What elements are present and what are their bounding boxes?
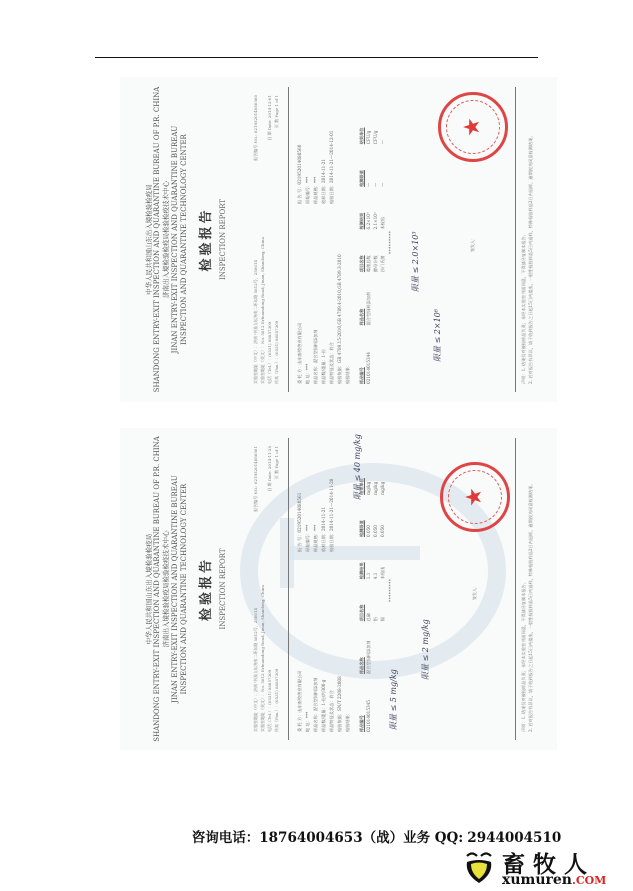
logo-text-en: xumuren.COM xyxy=(502,872,606,888)
star-icon: ★ xyxy=(460,117,485,137)
center-name-cn: 济南出入境检验检疫局检验检疫技术中心 xyxy=(162,77,171,402)
info-sample-spec: 样品规格：*** xyxy=(312,131,320,204)
table-row: 021014015345混合型饲料添加剂总砷1.10.050mg/kg xyxy=(365,458,372,732)
report-1-rotated-content: 中华人民共和国山东出入境检验检疫局 SHANDONG ENTRY-EXIT IN… xyxy=(120,77,557,402)
table-row: 酵母计数2.1×10³—CFU/g xyxy=(372,107,379,384)
info-received-date: 收样日期：2014-11-21 xyxy=(320,131,328,204)
signer-label: 签发人： xyxy=(470,236,476,252)
center-name-en-2: INSPECTION AND QUARANTINE TECHNOLOGY CEN… xyxy=(180,77,189,402)
info-sample-state: 样品特征及状态：符合 xyxy=(328,671,336,732)
info-test-basis: 检验依据：GB 4789.15-2010,GB 4789.4-2010,GB 4… xyxy=(336,254,344,384)
handwritten-annotation: 限量 ≤ 2.0×10³ xyxy=(410,231,421,292)
report-number: 报告编号 NO.: 021952014080561 xyxy=(252,446,259,512)
report-2-header: 中华人民共和国山东出入境检验检疫局 SHANDONG ENTRY-EXIT IN… xyxy=(120,428,227,750)
official-seal: ★ xyxy=(438,92,508,162)
info-result-label: 检验结果： xyxy=(344,254,352,384)
handwritten-annotation: 限量 ≤ 2 mg/kg xyxy=(420,619,431,680)
info-report-no: 报 告 号：021952014080561 xyxy=(296,479,304,552)
info-address: 地 址：*** xyxy=(304,254,312,384)
lab-tel: 电话（Tel.）：(0531) 88857309 xyxy=(266,670,273,732)
info-report-no: 报 告 号：021952014080560 xyxy=(296,131,304,204)
report-title: 检验报告 xyxy=(195,428,214,750)
header-rule xyxy=(95,57,538,58)
center-name-en-1: JINAN ENTRY-EXIT INSPECTION AND QUARANTI… xyxy=(171,428,180,750)
report-subtitle: INSPECTION REPORT xyxy=(219,77,227,402)
divider xyxy=(515,87,516,392)
report-1-results-table: 样品编号 样品名称 项目名称 检测结果 检测限值 结果单位 0210140153… xyxy=(358,107,393,384)
info-result-label: 检验结果： xyxy=(344,671,352,732)
lab-tel: 电话（Tel.）：(0531) 88857309 xyxy=(266,322,273,384)
contact-qq: 2944004510 xyxy=(467,830,561,846)
lab-fax: 传真（Fax.）：(0531) 88857309 xyxy=(273,321,280,384)
table-end-mark: ********* xyxy=(388,107,393,254)
info-original-no: 原始编号：*** xyxy=(304,479,312,552)
info-sample-name: 样品名称：混合型饲料添加剂 xyxy=(312,254,320,384)
info-sample-state: 样品特征及状态：符合 xyxy=(328,254,336,384)
bureau-name-en: SHANDONG ENTRY-EXIT INSPECTION AND QUARA… xyxy=(153,77,162,402)
lab-address-cn: 实验室地址（中文）：济南 中国山东济南二环东路 5812号，250014 xyxy=(252,260,259,384)
star-icon: ★ xyxy=(462,487,487,507)
report-date: 日 期 Date: 2014-12-01 xyxy=(266,95,273,141)
report-2-meta: 实验室地址（中文）：济南 中国山东济南二环东路 5812号，250014报告编号… xyxy=(252,446,280,732)
xumuren-logo[interactable]: 畜牧人 xumuren.COM xyxy=(460,846,630,890)
info-test-date: 检验日期：2014-11-21—2014-11-28 xyxy=(328,479,336,552)
divider xyxy=(515,438,516,740)
report-1-notes: 声明：1. 结果仅对被检样品负责；未经本实验室书面同意，不得部分复制本报告。 2… xyxy=(520,87,534,384)
info-original-no: 原始编号：*** xyxy=(304,131,312,204)
table-end-mark: ********* xyxy=(388,458,393,602)
center-name-en-2: INSPECTION AND QUARANTINE TECHNOLOGY CEN… xyxy=(180,428,189,750)
page-count: 页 数 Page 1 of 1 xyxy=(273,446,280,479)
lab-address-en: 实验室地址（英文）：No. 5812 Erhuandong Road, Jina… xyxy=(259,237,266,384)
heart-smile-logo-icon xyxy=(464,850,494,884)
info-test-date: 检验日期：2014-11-21—2014-12-01 xyxy=(328,131,336,204)
info-client: 委 托 方：山东畜牧兽业有限公司 xyxy=(296,254,304,384)
report-subtitle: INSPECTION REPORT xyxy=(219,428,227,750)
contact-footer: 咨询电话：18764004653（战）业务 QQ:2944004510 xyxy=(0,826,633,846)
lab-address-cn: 实验室地址（中文）：济南 中国山东济南二环东路 5812号，250014 xyxy=(252,608,259,732)
center-name-cn: 济南出入境检验检疫局检验检疫技术中心 xyxy=(162,428,171,750)
report-1-meta: 实验室地址（中文）：济南 中国山东济南二环东路 5812号，250014报告编号… xyxy=(252,95,280,384)
handwritten-annotation: 限量 ≤ 5 mg/kg xyxy=(388,669,399,730)
handwritten-annotation: 限量 ≤ 2×10⁶ xyxy=(432,309,443,362)
info-sample-name: 样品名称：混合型饲料添加剂 xyxy=(312,671,320,732)
report-2-rotated-content: 中华人民共和国山东出入境检验检疫局 SHANDONG ENTRY-EXIT IN… xyxy=(120,428,557,750)
info-sample-spec: 样品规格：*** xyxy=(312,479,320,552)
info-sample-qty: 样品数/重量：1-份 xyxy=(320,254,328,384)
divider xyxy=(288,438,289,740)
page-count: 页 数 Page 1 of 1 xyxy=(273,95,280,128)
report-1-info: 委 托 方：山东畜牧兽业有限公司 地 址：*** 样品名称：混合型饲料添加剂 样… xyxy=(296,87,356,384)
report-2-notes: 声明：1. 结果仅对被检样品负责；未经本实验室书面同意，不得部分复制本报告。 2… xyxy=(520,438,534,732)
info-address: 地 址：*** xyxy=(304,671,312,732)
divider xyxy=(288,87,289,392)
report-number: 报告编号 NO.: 021952014080560 xyxy=(252,95,259,161)
report-2-info: 委 托 方：山东畜牧兽业有限公司 地 址：*** 样品名称：混合型饲料添加剂 样… xyxy=(296,438,356,732)
center-name-en-1: JINAN ENTRY-EXIT INSPECTION AND QUARANTI… xyxy=(171,77,180,402)
handwritten-annotation: 限量 ≤ 40 mg/kg xyxy=(352,434,363,500)
official-seal: ★ xyxy=(440,462,510,532)
lab-address-en: 实验室地址（英文）：No. 5812 Erhuandong Road, Jina… xyxy=(259,585,266,732)
contact-phone-label: 咨询电话：18764004653（战）业务 QQ: xyxy=(192,830,464,846)
bureau-name-cn: 中华人民共和国山东出入境检验检疫局 xyxy=(144,428,153,750)
info-client: 委 托 方：山东畜牧兽业有限公司 xyxy=(296,671,304,732)
table-row: 镉未检出0.050mg/kg xyxy=(379,458,386,732)
table-row: 021014015344混合型饲料添加剂霉菌总数6.2×10³—CFU/g xyxy=(365,107,372,384)
lab-fax: 传真（Fax.）：(0531) 88857309 xyxy=(273,669,280,732)
table-row: 铅4.10.050mg/kg xyxy=(372,458,379,732)
report-date: 日 期 Date: 2014-11-28 xyxy=(266,446,273,492)
scanned-report-2: 中华人民共和国山东出入境检验检疫局 SHANDONG ENTRY-EXIT IN… xyxy=(120,428,557,750)
scanned-report-1: 中华人民共和国山东出入境检验检疫局 SHANDONG ENTRY-EXIT IN… xyxy=(120,77,557,402)
info-test-basis: 检验依据：SN/T 2208-2008 xyxy=(336,671,344,732)
info-received-date: 收样日期：2014-11-21 xyxy=(320,479,328,552)
bureau-name-cn: 中华人民共和国山东出入境检验检疫局 xyxy=(144,77,153,402)
report-title: 检验报告 xyxy=(195,77,214,402)
table-header: 样品编号 样品名称 项目名称 检测结果 检测限值 结果单位 xyxy=(358,107,365,384)
report-1-header: 中华人民共和国山东出入境检验检疫局 SHANDONG ENTRY-EXIT IN… xyxy=(120,77,227,402)
info-sample-qty: 样品数/重量：1-份/约300-g xyxy=(320,671,328,732)
signer-label: 签发人： xyxy=(472,584,478,600)
table-row: 沙门氏菌未检出—— xyxy=(379,107,386,384)
bureau-name-en: SHANDONG ENTRY-EXIT INSPECTION AND QUARA… xyxy=(153,428,162,750)
